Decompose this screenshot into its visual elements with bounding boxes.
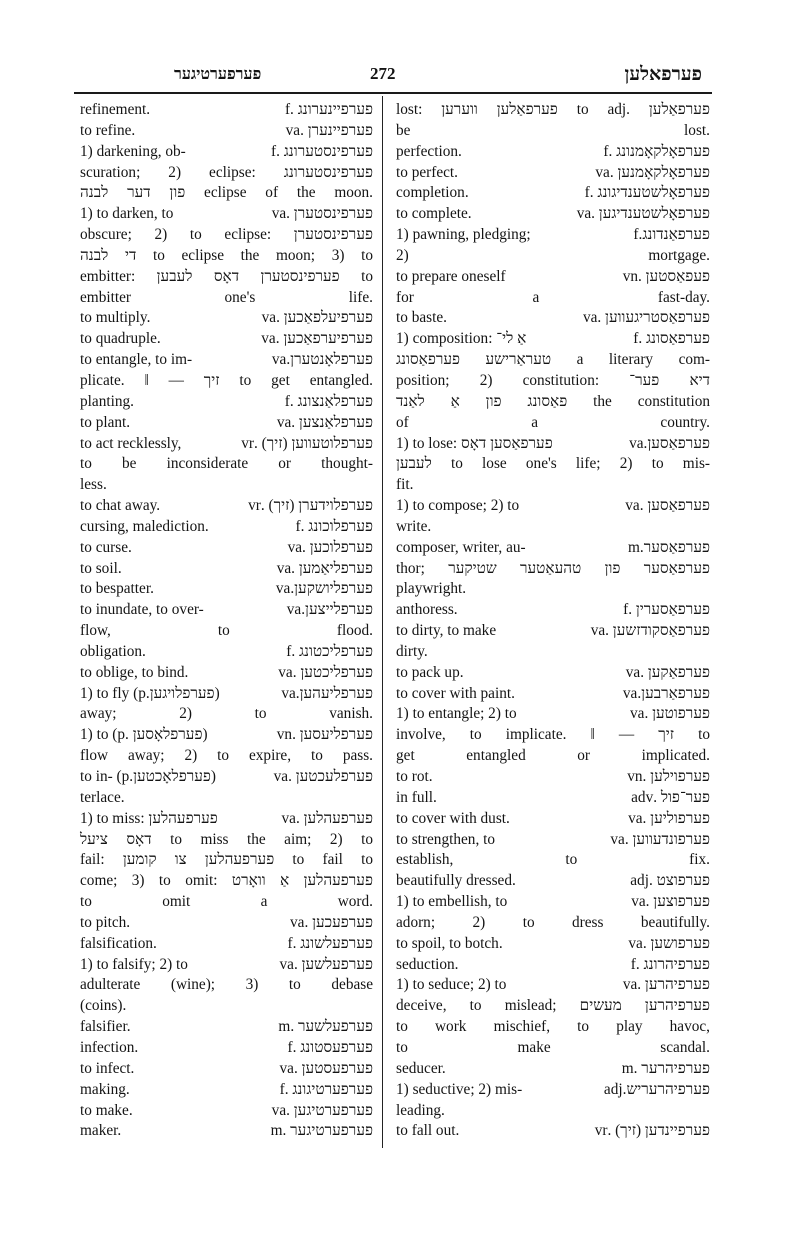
entry-headword: פערפלעכטען .va bbox=[274, 767, 373, 788]
entry-line: to plant.פערפלאַנצען .va bbox=[80, 413, 373, 434]
entry-line: פון דער לבנה eclipse of the moon. bbox=[80, 183, 373, 204]
entry-english: to rot. bbox=[396, 767, 433, 788]
entry-line: to work mischief, to play havoc, bbox=[396, 1017, 710, 1038]
entry-line: falsifier.פערפעלשער .m bbox=[80, 1017, 373, 1038]
entry-line: (coins). bbox=[80, 996, 373, 1017]
entry-line: away; 2) to vanish. bbox=[80, 704, 373, 725]
entry-text: get entangled or implicated. bbox=[396, 746, 710, 767]
entry-headword: פערפאַסונג .f bbox=[633, 329, 710, 350]
entry-english: to bespatter. bbox=[80, 579, 154, 600]
entry-line: maker.פערפערטיגער .m bbox=[80, 1121, 373, 1142]
entry-headword: פערפאַנדונג.f bbox=[633, 225, 710, 246]
entry-text: position; 2) constitution: דיא פער־ bbox=[396, 371, 710, 392]
entry-line: establish, to fix. bbox=[396, 850, 710, 871]
entry-headword: פערפעסטונג .f bbox=[288, 1038, 374, 1059]
entry-text: playwright. bbox=[396, 579, 710, 600]
left-column: refinement.פערפיינערונג .fto refine.פערפ… bbox=[80, 100, 373, 1142]
entry-line: to make.פערפערטיגען .va bbox=[80, 1101, 373, 1122]
entry-line: to spoil, to botch.פערפושען .va bbox=[396, 934, 710, 955]
entry-english: 1) to darken, to bbox=[80, 204, 173, 225]
page-number: 272 bbox=[370, 64, 396, 84]
entry-text: embitter: פערפינסטערן דאָס לעבען to bbox=[80, 267, 373, 288]
entry-line: 1) to darken, toפערפינסטערן .va bbox=[80, 204, 373, 225]
entry-english: 1) darkening, ob- bbox=[80, 142, 186, 163]
entry-headword: פערפלוטעווען (זיך) .vr bbox=[241, 434, 373, 455]
entry-text: to make scandal. bbox=[396, 1038, 710, 1059]
entry-headword: פערפעסטען .va bbox=[280, 1059, 373, 1080]
entry-headword: פערפוילען .vn bbox=[627, 767, 710, 788]
entry-headword: פערפינסטערן .va bbox=[272, 204, 373, 225]
entry-headword: פערפוצען .va bbox=[631, 892, 710, 913]
entry-text: write. bbox=[396, 517, 710, 538]
entry-text: to be inconsiderate or thought- bbox=[80, 454, 373, 475]
entry-text: 2) mortgage. bbox=[396, 246, 710, 267]
entry-line: 1) seductive; 2) mis-פערפיהרעריש.adj bbox=[396, 1080, 710, 1101]
entry-english: to baste. bbox=[396, 308, 447, 329]
entry-text: of a country. bbox=[396, 413, 710, 434]
entry-english: to curse. bbox=[80, 538, 132, 559]
entry-headword: פערפאָלקאָמנען .va bbox=[595, 163, 710, 184]
entry-line: cursing, malediction.פערפלוכונג .f bbox=[80, 517, 373, 538]
entry-english: 1) to seduce; 2) to bbox=[396, 975, 506, 996]
entry-line: to curse.פערפלוכען .va bbox=[80, 538, 373, 559]
entry-text: be lost. bbox=[396, 121, 710, 142]
entry-english: to in- (p.פערפלאָכטען) bbox=[80, 767, 216, 788]
entry-line: embitter one's life. bbox=[80, 288, 373, 309]
entry-line: to complete.פערפאָלשטענדיגען .va bbox=[396, 204, 710, 225]
entry-english: seduction. bbox=[396, 955, 458, 976]
entry-line: to oblige, to bind.פערפליכטען .va bbox=[80, 663, 373, 684]
entry-line: 1) to (p. פערפלאָסען)פערפליעסען .vn bbox=[80, 725, 373, 746]
entry-line: dirty. bbox=[396, 642, 710, 663]
entry-line: to perfect.פערפאָלקאָמנען .va bbox=[396, 163, 710, 184]
entry-text: dirty. bbox=[396, 642, 710, 663]
entry-line: fit. bbox=[396, 475, 710, 496]
entry-text: for a fast-day. bbox=[396, 288, 710, 309]
entry-english: to chat away. bbox=[80, 496, 160, 517]
entry-line: to soil.פערפליאַמען .va bbox=[80, 559, 373, 580]
entry-headword: פערפונדעווען .va bbox=[610, 830, 710, 851]
entry-line: to in- (p.פערפלאָכטען)פערפלעכטען .va bbox=[80, 767, 373, 788]
entry-english: to pack up. bbox=[396, 663, 464, 684]
entry-english: to prepare oneself bbox=[396, 267, 506, 288]
entry-line: פאַסונג פון אַ לאַנד the constitution bbox=[396, 392, 710, 413]
entry-english: making. bbox=[80, 1080, 130, 1101]
entry-line: planting.פערפלאַנצונג .f bbox=[80, 392, 373, 413]
entry-english: completion. bbox=[396, 183, 469, 204]
entry-text: די לבנה to eclipse the moon; 3) to bbox=[80, 246, 373, 267]
guide-word-left: פערפערטיגער bbox=[174, 66, 261, 84]
entry-line: seducer.פערפיהרער .m bbox=[396, 1059, 710, 1080]
entry-text: flow, to flood. bbox=[80, 621, 373, 642]
entry-text: adulterate (wine); 3) to debase bbox=[80, 975, 373, 996]
right-column: lost: פערפאַלען ווערען to adj. פערפאַלען… bbox=[396, 100, 710, 1142]
entry-headword: פעפאַסטען .vn bbox=[623, 267, 710, 288]
entry-english: refinement. bbox=[80, 100, 150, 121]
entry-text: flow away; 2) to expire, to pass. bbox=[80, 746, 373, 767]
entry-headword: פערפערטיגען .va bbox=[272, 1101, 373, 1122]
entry-line: 1) to falsify; 2) toפערפעלשען .va bbox=[80, 955, 373, 976]
entry-headword: פערפיינדען (זיך) .vr bbox=[595, 1121, 710, 1142]
entry-english: to entangle, to im- bbox=[80, 350, 192, 371]
entry-line: falsification.פערפעלשונג .f bbox=[80, 934, 373, 955]
entry-english: to oblige, to bind. bbox=[80, 663, 188, 684]
entry-text: טעראַרישע פערפאַסונג a literary com- bbox=[396, 350, 710, 371]
entry-english: to strengthen, to bbox=[396, 830, 495, 851]
entry-line: scuration; 2) eclipse: פערפינסטערונג bbox=[80, 163, 373, 184]
entry-text: obscure; 2) to eclipse: פערפינסטערן bbox=[80, 225, 373, 246]
entry-headword: פערפליכטונג .f bbox=[286, 642, 373, 663]
entry-text: fit. bbox=[396, 475, 710, 496]
entry-text: לעבען to lose one's life; 2) to mis- bbox=[396, 454, 710, 475]
entry-headword: פערפאַסען.va bbox=[629, 434, 710, 455]
header-rule bbox=[74, 92, 712, 94]
entry-text: פאַסונג פון אַ לאַנד the constitution bbox=[396, 392, 710, 413]
entry-line: to quadruple.פערפיערפאַכען .va bbox=[80, 329, 373, 350]
entry-line: in full.פער־פול .adv bbox=[396, 788, 710, 809]
entry-line: 1) to compose; 2) toפערפאַסען .va bbox=[396, 496, 710, 517]
entry-text: lost: פערפאַלען ווערען to adj. פערפאַלען bbox=[396, 100, 710, 121]
entry-text: plicate. ‖ — זיך to get entangled. bbox=[80, 371, 373, 392]
entry-line: to dirty, to makeפערפאַסקודזשען .va bbox=[396, 621, 710, 642]
entry-headword: פערפאַסערין .f bbox=[623, 600, 710, 621]
entry-line: 1) pawning, pledging;פערפאַנדונג.f bbox=[396, 225, 710, 246]
entry-line: 1) to entangle; 2) toפערפוטען .va bbox=[396, 704, 710, 725]
entry-line: flow, to flood. bbox=[80, 621, 373, 642]
entry-english: to pitch. bbox=[80, 913, 130, 934]
entry-headword: פערפלוכען .va bbox=[288, 538, 373, 559]
entry-english: perfection. bbox=[396, 142, 462, 163]
entry-headword: פערפעלשונג .f bbox=[287, 934, 373, 955]
entry-english: 1) to entangle; 2) to bbox=[396, 704, 517, 725]
entry-headword: פערפיהרעריש.adj bbox=[604, 1080, 710, 1101]
entry-headword: פערפוצט .adj bbox=[630, 871, 710, 892]
entry-line: to omit a word. bbox=[80, 892, 373, 913]
entry-headword: פערפליכטען .va bbox=[278, 663, 373, 684]
entry-english: to cover with paint. bbox=[396, 684, 515, 705]
entry-text: away; 2) to vanish. bbox=[80, 704, 373, 725]
entry-line: to inundate, to over-פערפלייצען.va bbox=[80, 600, 373, 621]
entry-english: 1) to embellish, to bbox=[396, 892, 507, 913]
entry-english: to inundate, to over- bbox=[80, 600, 204, 621]
entry-english: to refine. bbox=[80, 121, 135, 142]
entry-headword: פערפאָלקאָמנונג .f bbox=[603, 142, 710, 163]
entry-headword: פערפיהרונג .f bbox=[631, 955, 710, 976]
entry-headword: פערפאַסער.m bbox=[628, 538, 710, 559]
entry-english: to complete. bbox=[396, 204, 472, 225]
entry-line: 1) to seduce; 2) toפערפיהרען .va bbox=[396, 975, 710, 996]
entry-headword: פערפינסטערונג .f bbox=[271, 142, 373, 163]
entry-line: come; 3) to omit: פערפעהלען אַ וואָרט bbox=[80, 871, 373, 892]
entry-line: completion.פערפאָלשטענדיגונג .f bbox=[396, 183, 710, 204]
entry-headword: פערפאַרבען.va bbox=[623, 684, 710, 705]
entry-english: to dirty, to make bbox=[396, 621, 496, 642]
entry-line: to make scandal. bbox=[396, 1038, 710, 1059]
entry-line: obscure; 2) to eclipse: פערפינסטערן bbox=[80, 225, 373, 246]
entry-english: to make. bbox=[80, 1101, 133, 1122]
entry-english: to soil. bbox=[80, 559, 122, 580]
entry-line: to refine.פערפיינערן .va bbox=[80, 121, 373, 142]
entry-headword: פערפלאַנצונג .f bbox=[285, 392, 373, 413]
entry-line: to cover with paint.פערפאַרבען.va bbox=[396, 684, 710, 705]
entry-line: lost: פערפאַלען ווערען to adj. פערפאַלען bbox=[396, 100, 710, 121]
entry-english: to cover with dust. bbox=[396, 809, 510, 830]
entry-headword: פערפלוידערן (זיך) .vr bbox=[248, 496, 373, 517]
entry-line: adorn; 2) to dress beautifully. bbox=[396, 913, 710, 934]
entry-headword: פערפעכען .va bbox=[290, 913, 373, 934]
entry-line: involve, to implicate. ‖ — זיך to bbox=[396, 725, 710, 746]
entry-english: 1) to compose; 2) to bbox=[396, 496, 519, 517]
entry-headword: פערפליעהען.va bbox=[281, 684, 373, 705]
entry-headword: פער־פול .adv bbox=[631, 788, 710, 809]
entry-text: fail: פערפעהלען צו קומען to fail to bbox=[80, 850, 373, 871]
entry-text: thor; פערפאַסער פון טהעאַטער שטיקער bbox=[396, 559, 710, 580]
entry-english: to plant. bbox=[80, 413, 130, 434]
entry-line: deceive, to mislead; פערפיהרען מעשים bbox=[396, 996, 710, 1017]
entry-line: of a country. bbox=[396, 413, 710, 434]
entry-english: to perfect. bbox=[396, 163, 458, 184]
entry-headword: פערפערטיגער .m bbox=[271, 1121, 373, 1142]
entry-english: to fall out. bbox=[396, 1121, 459, 1142]
entry-line: infection.פערפעסטונג .f bbox=[80, 1038, 373, 1059]
entry-text: דאָס ציעל to miss the aim; 2) to bbox=[80, 830, 373, 851]
entry-headword: פערפלאָנטערן.va bbox=[272, 350, 373, 371]
entry-english: 1) to miss: פערפעהלען bbox=[80, 809, 218, 830]
entry-text: embitter one's life. bbox=[80, 288, 373, 309]
entry-english: 1) pawning, pledging; bbox=[396, 225, 531, 246]
entry-headword: פערפלוכונג .f bbox=[296, 517, 373, 538]
entry-line: write. bbox=[396, 517, 710, 538]
entry-headword: פערפלייצען.va bbox=[287, 600, 373, 621]
entry-english: to multiply. bbox=[80, 308, 150, 329]
entry-english: cursing, malediction. bbox=[80, 517, 209, 538]
entry-headword: פערפעלשער .m bbox=[278, 1017, 373, 1038]
column-divider bbox=[382, 96, 383, 1148]
entry-english: in full. bbox=[396, 788, 437, 809]
entry-line: to baste.פערפאַסטריגעווען .va bbox=[396, 308, 710, 329]
entry-line: to fall out.פערפיינדען (זיך) .vr bbox=[396, 1121, 710, 1142]
entry-line: 1) to fly (p.פערפלויגען)פערפליעהען.va bbox=[80, 684, 373, 705]
entry-line: to bespatter.פערפליושקען.va bbox=[80, 579, 373, 600]
entry-line: playwright. bbox=[396, 579, 710, 600]
entry-line: 1) to miss: פערפעהלעןפערפעהלען .va bbox=[80, 809, 373, 830]
entry-line: to entangle, to im-פערפלאָנטערן.va bbox=[80, 350, 373, 371]
entry-headword: פערפיהרער .m bbox=[622, 1059, 710, 1080]
entry-headword: פערפליושקען.va bbox=[276, 579, 373, 600]
entry-line: to rot.פערפוילען .vn bbox=[396, 767, 710, 788]
entry-english: to spoil, to botch. bbox=[396, 934, 503, 955]
entry-line: 1) composition: אַ לי־פערפאַסונג .f bbox=[396, 329, 710, 350]
page-header: פערפערטיגער 272 פערפאלען bbox=[74, 62, 712, 90]
entry-line: seduction.פערפיהרונג .f bbox=[396, 955, 710, 976]
entry-line: to strengthen, toפערפונדעווען .va bbox=[396, 830, 710, 851]
entry-line: plicate. ‖ — זיך to get entangled. bbox=[80, 371, 373, 392]
entry-line: terlace. bbox=[80, 788, 373, 809]
entry-line: leading. bbox=[396, 1101, 710, 1122]
entry-line: obligation.פערפליכטונג .f bbox=[80, 642, 373, 663]
entry-headword: פערפאַסקודזשען .va bbox=[591, 621, 710, 642]
entry-text: פון דער לבנה eclipse of the moon. bbox=[80, 183, 373, 204]
entry-english: 1) to (p. פערפלאָסען) bbox=[80, 725, 208, 746]
entry-line: get entangled or implicated. bbox=[396, 746, 710, 767]
entry-line: 1) darkening, ob-פערפינסטערונג .f bbox=[80, 142, 373, 163]
entry-headword: פערפעלשען .va bbox=[280, 955, 374, 976]
entry-text: to omit a word. bbox=[80, 892, 373, 913]
entry-headword: פערפעהלען .va bbox=[282, 809, 373, 830]
entry-headword: פערפיעלפאַכען .va bbox=[262, 308, 373, 329]
entry-line: for a fast-day. bbox=[396, 288, 710, 309]
entry-text: deceive, to mislead; פערפיהרען מעשים bbox=[396, 996, 710, 1017]
entry-headword: פערפאַסען .va bbox=[625, 496, 710, 517]
entry-line: טעראַרישע פערפאַסונג a literary com- bbox=[396, 350, 710, 371]
entry-headword: פערפליאַמען .va bbox=[277, 559, 373, 580]
entry-line: anthoress.פערפאַסערין .f bbox=[396, 600, 710, 621]
entry-headword: פערפאָלשטענדיגונג .f bbox=[585, 183, 710, 204]
entry-line: composer, writer, au-פערפאַסער.m bbox=[396, 538, 710, 559]
entry-headword: פערפאָלשטענדיגען .va bbox=[577, 204, 710, 225]
entry-english: composer, writer, au- bbox=[396, 538, 526, 559]
entry-english: 1) to falsify; 2) to bbox=[80, 955, 188, 976]
entry-text: adorn; 2) to dress beautifully. bbox=[396, 913, 710, 934]
entry-english: to quadruple. bbox=[80, 329, 161, 350]
entry-line: to chat away.פערפלוידערן (זיך) .vr bbox=[80, 496, 373, 517]
entry-english: obligation. bbox=[80, 642, 146, 663]
entry-text: to work mischief, to play havoc, bbox=[396, 1017, 710, 1038]
entry-line: to be inconsiderate or thought- bbox=[80, 454, 373, 475]
entry-line: to act recklessly,פערפלוטעווען (זיך) .vr bbox=[80, 434, 373, 455]
entry-english: beautifully dressed. bbox=[396, 871, 516, 892]
entry-line: adulterate (wine); 3) to debase bbox=[80, 975, 373, 996]
entry-english: falsification. bbox=[80, 934, 157, 955]
entry-headword: פערפיינערן .va bbox=[286, 121, 373, 142]
entry-line: to multiply.פערפיעלפאַכען .va bbox=[80, 308, 373, 329]
entry-line: thor; פערפאַסער פון טהעאַטער שטיקער bbox=[396, 559, 710, 580]
entry-line: making.פערפערטיגונג .f bbox=[80, 1080, 373, 1101]
entry-english: to act recklessly, bbox=[80, 434, 181, 455]
entry-text: terlace. bbox=[80, 788, 373, 809]
entry-english: 1) to lose: פערפאַסען דאָס bbox=[396, 434, 553, 455]
entry-english: falsifier. bbox=[80, 1017, 131, 1038]
entry-line: דאָס ציעל to miss the aim; 2) to bbox=[80, 830, 373, 851]
entry-line: flow away; 2) to expire, to pass. bbox=[80, 746, 373, 767]
entry-line: embitter: פערפינסטערן דאָס לעבען to bbox=[80, 267, 373, 288]
entry-line: to pack up.פערפאַקען .va bbox=[396, 663, 710, 684]
entry-line: to pitch.פערפעכען .va bbox=[80, 913, 373, 934]
entry-line: less. bbox=[80, 475, 373, 496]
entry-text: less. bbox=[80, 475, 373, 496]
entry-line: 1) to embellish, toפערפוצען .va bbox=[396, 892, 710, 913]
entry-line: 1) to lose: פערפאַסען דאָספערפאַסען.va bbox=[396, 434, 710, 455]
entry-english: seducer. bbox=[396, 1059, 446, 1080]
entry-english: 1) to fly (p.פערפלויגען) bbox=[80, 684, 220, 705]
entry-line: position; 2) constitution: דיא פער־ bbox=[396, 371, 710, 392]
entry-text: involve, to implicate. ‖ — זיך to bbox=[396, 725, 710, 746]
entry-headword: פערפאַסטריגעווען .va bbox=[583, 308, 710, 329]
entry-text: (coins). bbox=[80, 996, 373, 1017]
entry-english: infection. bbox=[80, 1038, 138, 1059]
entry-text: establish, to fix. bbox=[396, 850, 710, 871]
entry-headword: פערפושען .va bbox=[628, 934, 710, 955]
entry-headword: פערפוליען .va bbox=[628, 809, 710, 830]
entry-line: to cover with dust.פערפוליען .va bbox=[396, 809, 710, 830]
entry-english: planting. bbox=[80, 392, 134, 413]
entry-line: perfection.פערפאָלקאָמנונג .f bbox=[396, 142, 710, 163]
entry-line: refinement.פערפיינערונג .f bbox=[80, 100, 373, 121]
entry-line: 2) mortgage. bbox=[396, 246, 710, 267]
entry-english: maker. bbox=[80, 1121, 121, 1142]
entry-headword: פערפלאַנצען .va bbox=[277, 413, 373, 434]
entry-headword: פערפיערפאַכען .va bbox=[261, 329, 373, 350]
entry-headword: פערפאַקען .va bbox=[626, 663, 710, 684]
entry-line: fail: פערפעהלען צו קומען to fail to bbox=[80, 850, 373, 871]
entry-text: leading. bbox=[396, 1101, 710, 1122]
entry-english: 1) seductive; 2) mis- bbox=[396, 1080, 522, 1101]
entry-headword: פערפליעסען .vn bbox=[277, 725, 373, 746]
entry-headword: פערפיהרען .va bbox=[623, 975, 710, 996]
guide-word-right: פערפאלען bbox=[625, 64, 702, 86]
entry-english: anthoress. bbox=[396, 600, 458, 621]
entry-line: די לבנה to eclipse the moon; 3) to bbox=[80, 246, 373, 267]
entry-headword: פערפוטען .va bbox=[630, 704, 710, 725]
entry-line: be lost. bbox=[396, 121, 710, 142]
entry-line: beautifully dressed.פערפוצט .adj bbox=[396, 871, 710, 892]
entry-headword: פערפערטיגונג .f bbox=[280, 1080, 373, 1101]
entry-english: to infect. bbox=[80, 1059, 134, 1080]
entry-line: לעבען to lose one's life; 2) to mis- bbox=[396, 454, 710, 475]
entry-text: come; 3) to omit: פערפעהלען אַ וואָרט bbox=[80, 871, 373, 892]
entry-line: to prepare oneselfפעפאַסטען .vn bbox=[396, 267, 710, 288]
entry-line: to infect.פערפעסטען .va bbox=[80, 1059, 373, 1080]
entry-text: scuration; 2) eclipse: פערפינסטערונג bbox=[80, 163, 373, 184]
entry-english: 1) composition: אַ לי־ bbox=[396, 329, 526, 350]
entry-headword: פערפיינערונג .f bbox=[285, 100, 373, 121]
